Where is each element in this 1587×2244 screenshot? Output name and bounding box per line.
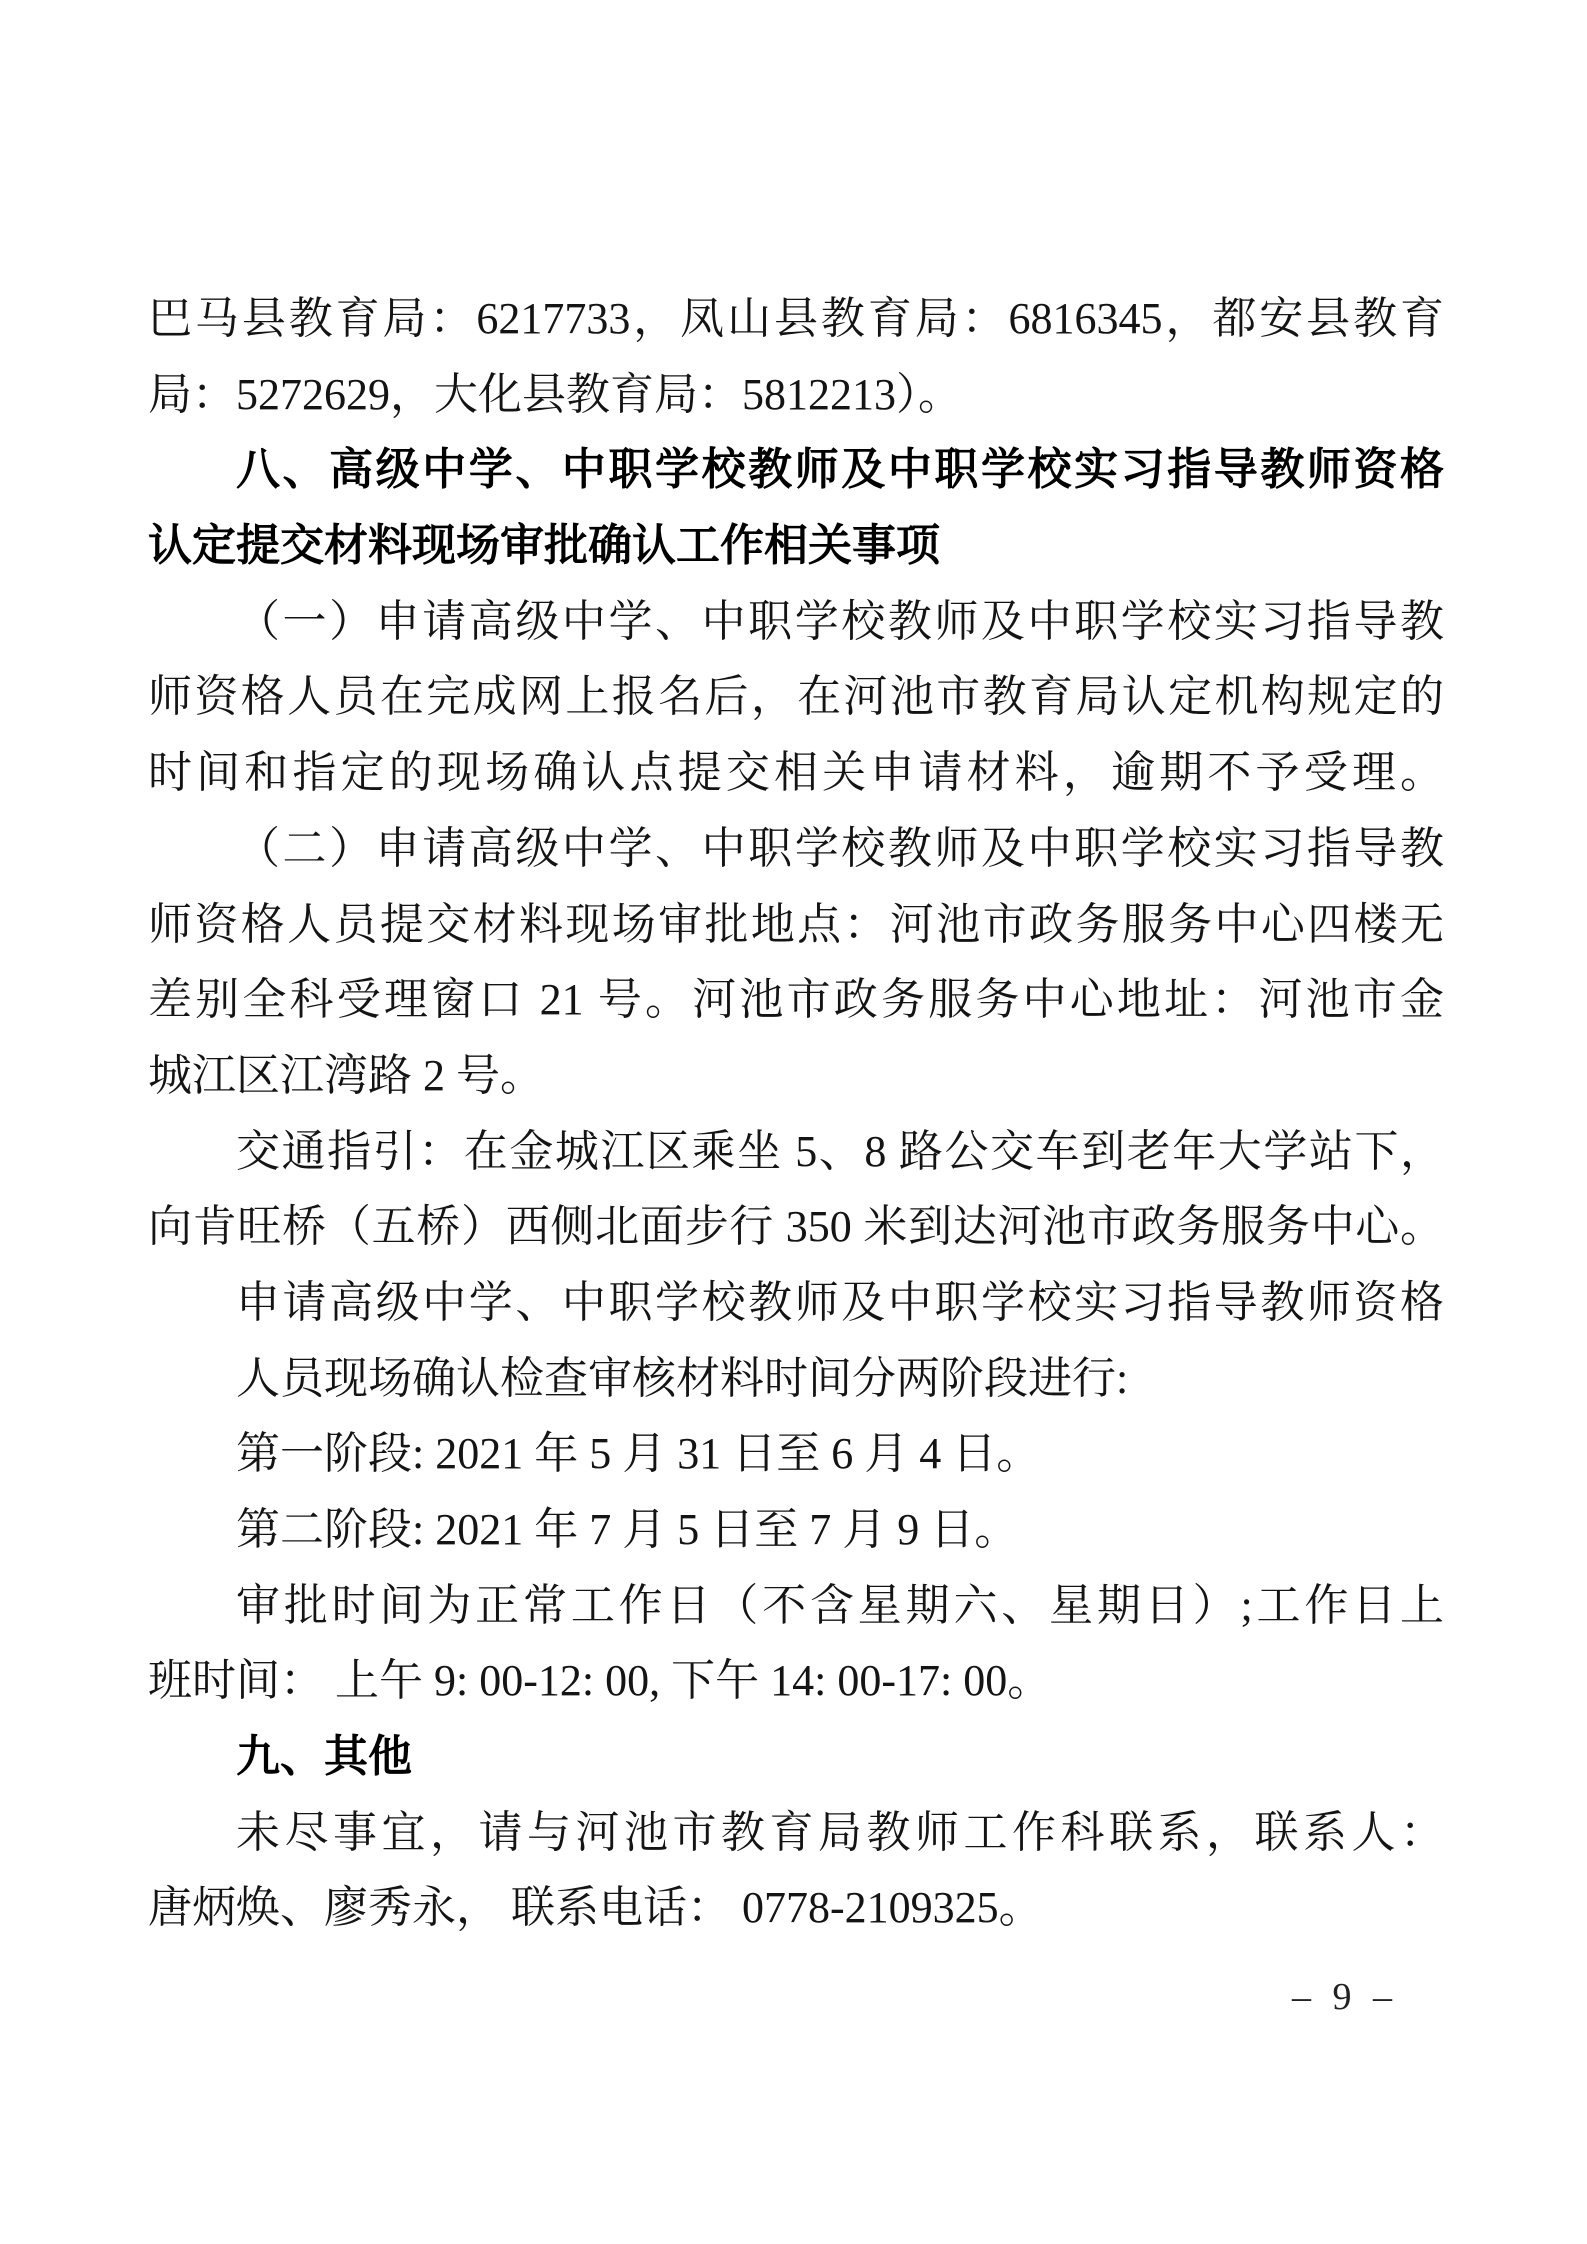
text-line: 师资格人员在完成网上报名后，在河池市教育局认定机构规定的 bbox=[148, 659, 1444, 735]
text-line: 唐炳焕、廖秀永， 联系电话： 0778-2109325。 bbox=[148, 1870, 1444, 1946]
text-line: 局：5272629，大化县教育局：5812213）。 bbox=[148, 357, 1444, 433]
text-line: 巴马县教育局：6217733，凤山县教育局：6816345，都安县教育 bbox=[148, 281, 1444, 357]
text-line: 城江区江湾路 2 号。 bbox=[148, 1038, 1444, 1114]
section-8-heading-line-1: 八、高级中学、中职学校教师及中职学校实习指导教师资格 bbox=[148, 432, 1444, 508]
text-line: 第一阶段: 2021 年 5 月 31 日至 6 月 4 日。 bbox=[148, 1416, 1444, 1492]
text-line: 申请高级中学、中职学校教师及中职学校实习指导教师资格 bbox=[148, 1265, 1444, 1341]
text-line: 师资格人员提交材料现场审批地点：河池市政务服务中心四楼无 bbox=[148, 887, 1444, 963]
text-line: 未尽事宜，请与河池市教育局教师工作科联系，联系人： bbox=[148, 1795, 1444, 1871]
text-line: 第二阶段: 2021 年 7 月 5 日至 7 月 9 日。 bbox=[148, 1492, 1444, 1568]
text-line: 向肯旺桥（五桥）西侧北面步行 350 米到达河池市政务服务中心。 bbox=[148, 1189, 1444, 1265]
text-line: （二）申请高级中学、中职学校教师及中职学校实习指导教 bbox=[148, 811, 1444, 887]
section-9-heading: 九、其他 bbox=[148, 1719, 1444, 1795]
text-line: 人员现场确认检查审核材料时间分两阶段进行: bbox=[148, 1341, 1444, 1417]
document-body: 巴马县教育局：6217733，凤山县教育局：6816345，都安县教育 局：52… bbox=[148, 281, 1444, 1946]
text-line: 差别全科受理窗口 21 号。河池市政务服务中心地址：河池市金 bbox=[148, 962, 1444, 1038]
text-line: 时间和指定的现场确认点提交相关申请材料，逾期不予受理。 bbox=[148, 735, 1444, 811]
text-line: 审批时间为正常工作日（不含星期六、星期日）;工作日上 bbox=[148, 1568, 1444, 1644]
document-page: 巴马县教育局：6217733，凤山县教育局：6816345，都安县教育 局：52… bbox=[0, 0, 1587, 2244]
text-line: 交通指引：在金城江区乘坐 5、8 路公交车到老年大学站下， bbox=[148, 1114, 1444, 1190]
text-line: （一）申请高级中学、中职学校教师及中职学校实习指导教 bbox=[148, 584, 1444, 660]
section-8-heading-line-2: 认定提交材料现场审批确认工作相关事项 bbox=[148, 508, 1444, 584]
text-line: 班时间： 上午 9: 00-12: 00, 下午 14: 00-17: 00。 bbox=[148, 1643, 1444, 1719]
page-number: – 9 – bbox=[1285, 1975, 1405, 2019]
